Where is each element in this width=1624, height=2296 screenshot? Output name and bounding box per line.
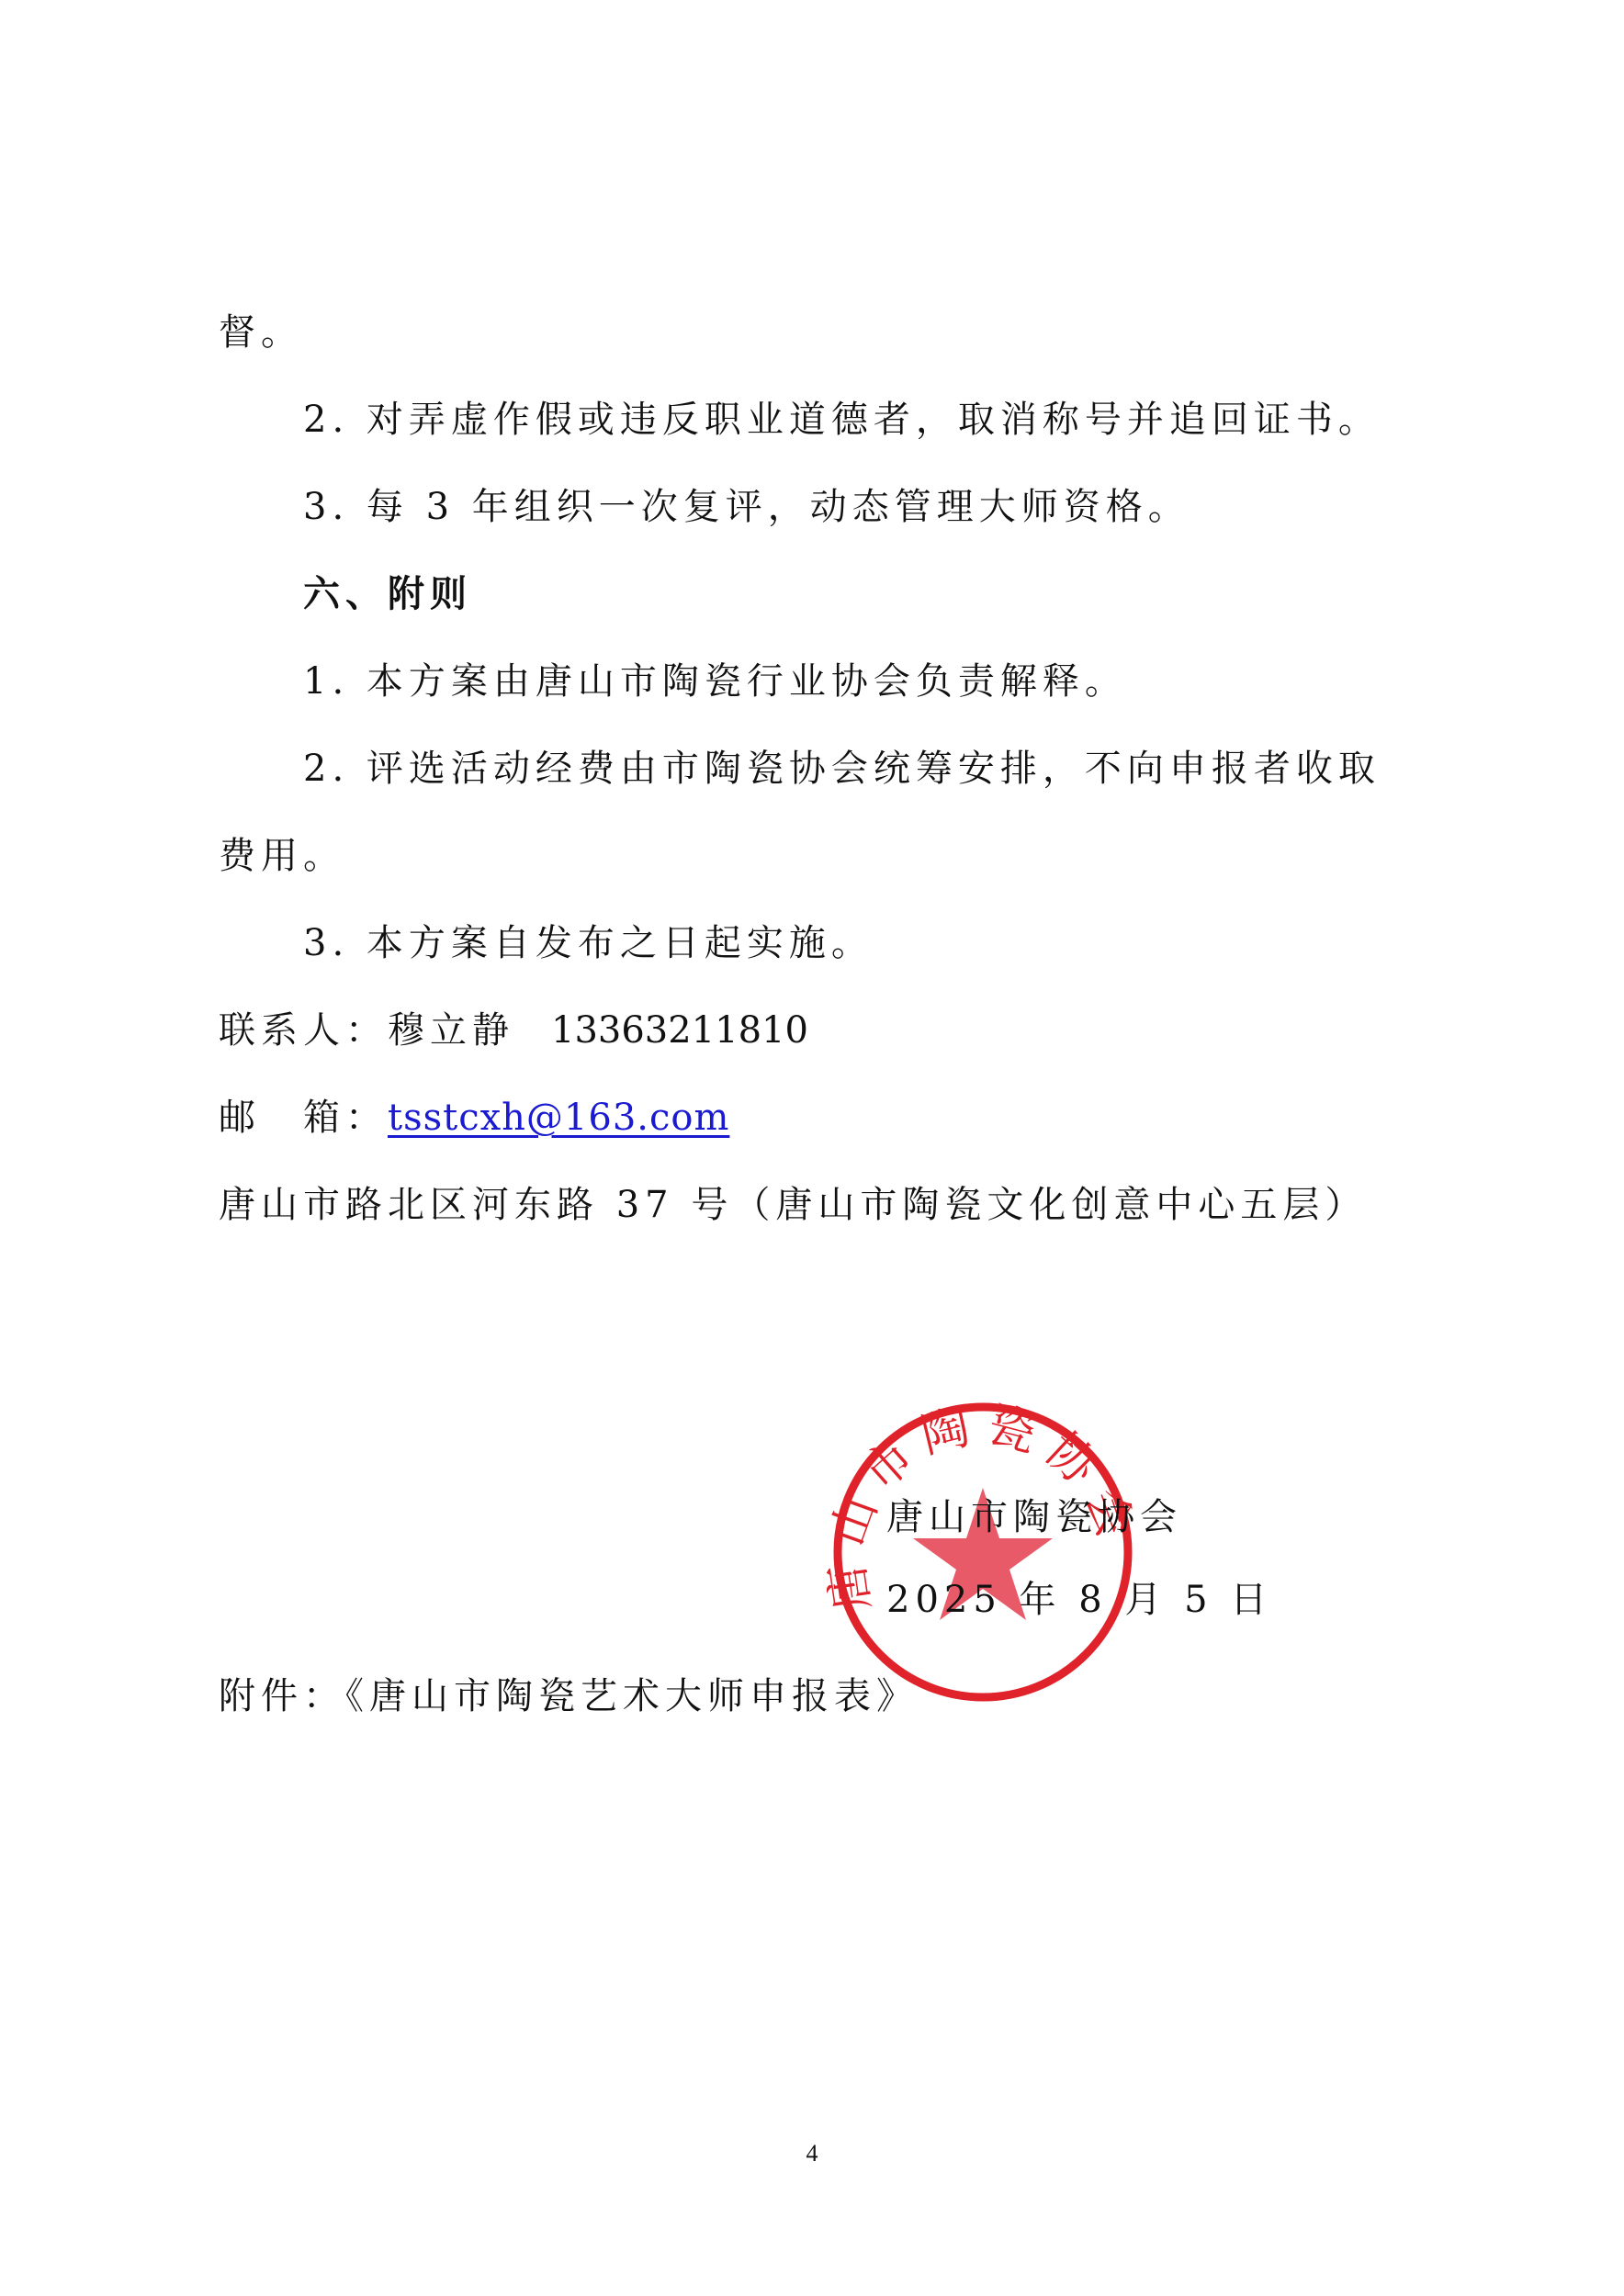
contact-person-line: 联系人：穆立静13363211810 (219, 1008, 808, 1052)
email-link[interactable]: tsstcxh@163.com (388, 1097, 729, 1139)
page-number: 4 (0, 2140, 1624, 2167)
contact-email-label: 邮 箱： (219, 1097, 388, 1139)
signature-date: 2025 年 8 月 5 日 (886, 1578, 1272, 1622)
text-line-item-3: 3. 每 3 年组织一次复评，动态管理大师资格。 (303, 485, 1190, 529)
section-heading-appendix: 六、附则 (303, 572, 472, 616)
text-line-continuation: 督。 (219, 310, 303, 355)
text-line-appendix-2: 2. 评选活动经费由市陶瓷协会统筹安排，不向申报者收取 (303, 747, 1381, 791)
attachment-reference: 附件：《唐山市陶瓷艺术大师申报表》 (219, 1674, 919, 1718)
text-line-appendix-3: 3. 本方案自发布之日起实施。 (303, 921, 874, 965)
text-line-item-2: 2. 对弄虚作假或违反职业道德者，取消称号并追回证书。 (303, 398, 1381, 442)
text-line-appendix-2-cont: 费用。 (219, 834, 345, 878)
signature-organization: 唐山市陶瓷协会 (886, 1495, 1182, 1539)
contact-person-name: 穆立静 (388, 1009, 514, 1052)
contact-person-label: 联系人： (219, 1009, 388, 1052)
official-seal-stamp: 唐山市陶瓷协会 (827, 1396, 1139, 1708)
contact-phone: 13363211810 (551, 1009, 808, 1052)
contact-address: 唐山市路北区河东路 37 号（唐山市陶瓷文化创意中心五层） (219, 1183, 1367, 1227)
text-line-appendix-1: 1. 本方案由唐山市陶瓷行业协会负责解释。 (303, 659, 1127, 703)
contact-email-line: 邮 箱：tsstcxh@163.com (219, 1096, 729, 1140)
